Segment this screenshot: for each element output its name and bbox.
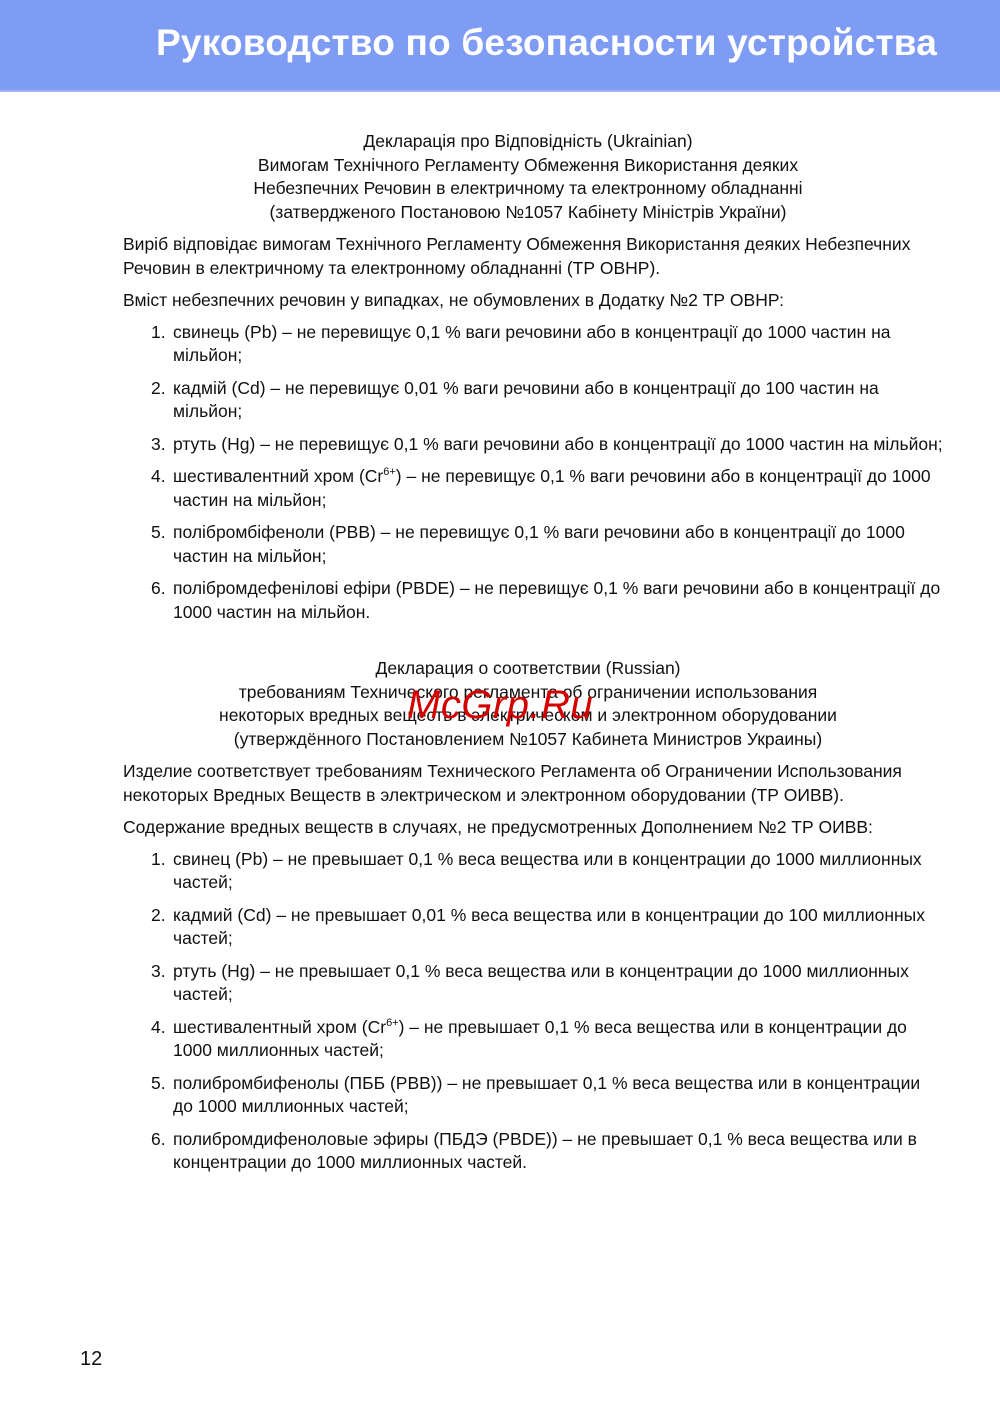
list-item-number: 2. xyxy=(151,377,166,401)
list-item: 3.ртуть (Hg) – не перевищує 0,1 % ваги р… xyxy=(151,433,943,457)
russian-substance-list: 1.свинец (Pb) – не превышает 0,1 % веса … xyxy=(151,848,943,1175)
list-item: 1.свинец (Pb) – не превышает 0,1 % веса … xyxy=(151,848,943,895)
list-item-number: 4. xyxy=(151,1016,166,1040)
list-item-number: 5. xyxy=(151,521,166,545)
heading-line: некоторых вредных веществ в электрическо… xyxy=(113,704,943,728)
list-item-text: кадмій (Cd) – не перевищує 0,01 % ваги р… xyxy=(173,378,879,422)
list-item: 1.свинець (Pb) – не перевищує 0,1 % ваги… xyxy=(151,321,943,368)
list-item-number: 1. xyxy=(151,848,166,872)
list-item-text: полібромбіфеноли (PBB) – не перевищує 0,… xyxy=(173,522,905,566)
heading-line: Декларация о соответствии (Russian) xyxy=(113,657,943,681)
superscript-charge: 6+ xyxy=(386,1017,399,1029)
list-item: 6.полибромдифеноловые эфиры (ПБДЭ (PBDE)… xyxy=(151,1128,943,1175)
list-item-number: 3. xyxy=(151,960,166,984)
russian-content-intro: Содержание вредных веществ в случаях, не… xyxy=(123,816,943,840)
page-header-banner: Руководство по безопасности устройства xyxy=(0,0,1000,92)
russian-declaration: Декларация о соответствии (Russian) треб… xyxy=(123,657,943,1175)
list-item: 2.кадмій (Cd) – не перевищує 0,01 % ваги… xyxy=(151,377,943,424)
list-item-number: 5. xyxy=(151,1072,166,1096)
list-item: 3.ртуть (Hg) – не превышает 0,1 % веса в… xyxy=(151,960,943,1007)
ukrainian-heading: Декларація про Відповідність (Ukrainian)… xyxy=(113,130,943,224)
list-item-text: шестивалентный хром (Cr xyxy=(173,1017,386,1037)
document-body: Декларація про Відповідність (Ukrainian)… xyxy=(123,130,943,1184)
list-item-text: шестивалентний хром (Cr xyxy=(173,466,383,486)
list-item-text: кадмий (Cd) – не превышает 0,01 % веса в… xyxy=(173,905,925,949)
list-item: 4.шестивалентний хром (Cr6+) – не переви… xyxy=(151,465,943,512)
heading-line: требованиям Технического регламента об о… xyxy=(113,681,943,705)
heading-line: Вимогам Технічного Регламенту Обмеження … xyxy=(113,154,943,178)
list-item-number: 4. xyxy=(151,465,166,489)
list-item: 5.полибромбифенолы (ПББ (PBB)) – не прев… xyxy=(151,1072,943,1119)
list-item-text: свинець (Pb) – не перевищує 0,1 % ваги р… xyxy=(173,322,890,366)
list-item-text: ртуть (Hg) – не превышает 0,1 % веса вещ… xyxy=(173,961,909,1005)
russian-heading: Декларация о соответствии (Russian) треб… xyxy=(113,657,943,751)
page-number: 12 xyxy=(80,1348,102,1371)
list-item: 2.кадмий (Cd) – не превышает 0,01 % веса… xyxy=(151,904,943,951)
list-item-number: 6. xyxy=(151,577,166,601)
list-item-text: свинец (Pb) – не превышает 0,1 % веса ве… xyxy=(173,849,922,893)
list-item-number: 3. xyxy=(151,433,166,457)
superscript-charge: 6+ xyxy=(383,466,396,478)
ukrainian-content-intro: Вміст небезпечних речовин у випадках, не… xyxy=(123,289,943,313)
list-item: 5.полібромбіфеноли (PBB) – не перевищує … xyxy=(151,521,943,568)
list-item-text: полибромбифенолы (ПББ (PBB)) – не превыш… xyxy=(173,1073,920,1117)
list-item-number: 2. xyxy=(151,904,166,928)
heading-line: Декларація про Відповідність (Ukrainian) xyxy=(113,130,943,154)
ukrainian-declaration: Декларація про Відповідність (Ukrainian)… xyxy=(123,130,943,624)
list-item-text: полибромдифеноловые эфиры (ПБДЭ (PBDE)) … xyxy=(173,1129,917,1173)
list-item-text: полібромдефенілові ефіри (PBDE) – не пер… xyxy=(173,578,940,622)
heading-line: (утверждённого Постановлением №1057 Каби… xyxy=(113,728,943,752)
heading-line: Небезпечних Речовин в електричному та ел… xyxy=(113,177,943,201)
heading-line: (затвердженого Постановою №1057 Кабінету… xyxy=(113,201,943,225)
ukrainian-compliance-paragraph: Виріб відповідає вимогам Технічного Регл… xyxy=(123,233,943,280)
list-item-number: 6. xyxy=(151,1128,166,1152)
russian-compliance-paragraph: Изделие соответствует требованиям Технич… xyxy=(123,760,943,807)
ukrainian-substance-list: 1.свинець (Pb) – не перевищує 0,1 % ваги… xyxy=(151,321,943,625)
list-item-text: ртуть (Hg) – не перевищує 0,1 % ваги реч… xyxy=(173,434,943,454)
page-title: Руководство по безопасности устройства xyxy=(156,22,937,64)
list-item: 6.полібромдефенілові ефіри (PBDE) – не п… xyxy=(151,577,943,624)
list-item-number: 1. xyxy=(151,321,166,345)
list-item: 4.шестивалентный хром (Cr6+) – не превыш… xyxy=(151,1016,943,1063)
